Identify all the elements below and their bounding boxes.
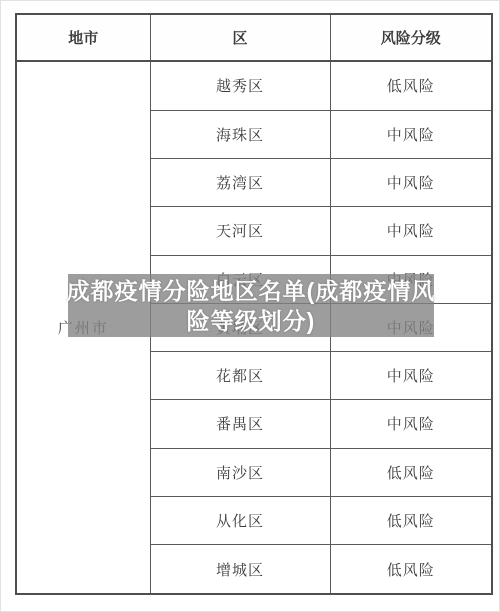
district-cell: 天河区: [150, 207, 330, 255]
risk-cell: 中风险: [330, 352, 492, 400]
district-cell: 越秀区: [150, 61, 330, 110]
district-cell: 从化区: [150, 496, 330, 544]
header-risk: 风险分级: [330, 14, 492, 61]
district-cell: 南沙区: [150, 448, 330, 496]
risk-cell: 中风险: [330, 207, 492, 255]
district-cell: 海珠区: [150, 110, 330, 158]
header-district: 区: [150, 14, 330, 61]
risk-cell: 中风险: [330, 159, 492, 207]
watermark-text-line1: 成都疫情分险地区名单(成都疫情风: [67, 276, 436, 306]
risk-cell: 低风险: [330, 61, 492, 110]
risk-cell: 中风险: [330, 110, 492, 158]
risk-cell: 低风险: [330, 496, 492, 544]
risk-cell: 中风险: [330, 400, 492, 448]
risk-cell: 低风险: [330, 545, 492, 594]
table-row: 广州市越秀区低风险: [16, 61, 492, 110]
district-cell: 番禺区: [150, 400, 330, 448]
district-cell: 花都区: [150, 352, 330, 400]
risk-cell: 低风险: [330, 448, 492, 496]
header-city: 地市: [16, 14, 150, 61]
watermark-banner: 成都疫情分险地区名单(成都疫情风 险等级划分): [68, 274, 434, 337]
page: 地市 区 风险分级 广州市越秀区低风险海珠区中风险荔湾区中风险天河区中风险白云区…: [0, 0, 500, 612]
district-cell: 荔湾区: [150, 159, 330, 207]
watermark-text-line2: 险等级划分): [187, 306, 316, 336]
district-cell: 增城区: [150, 545, 330, 594]
header-row: 地市 区 风险分级: [16, 14, 492, 61]
